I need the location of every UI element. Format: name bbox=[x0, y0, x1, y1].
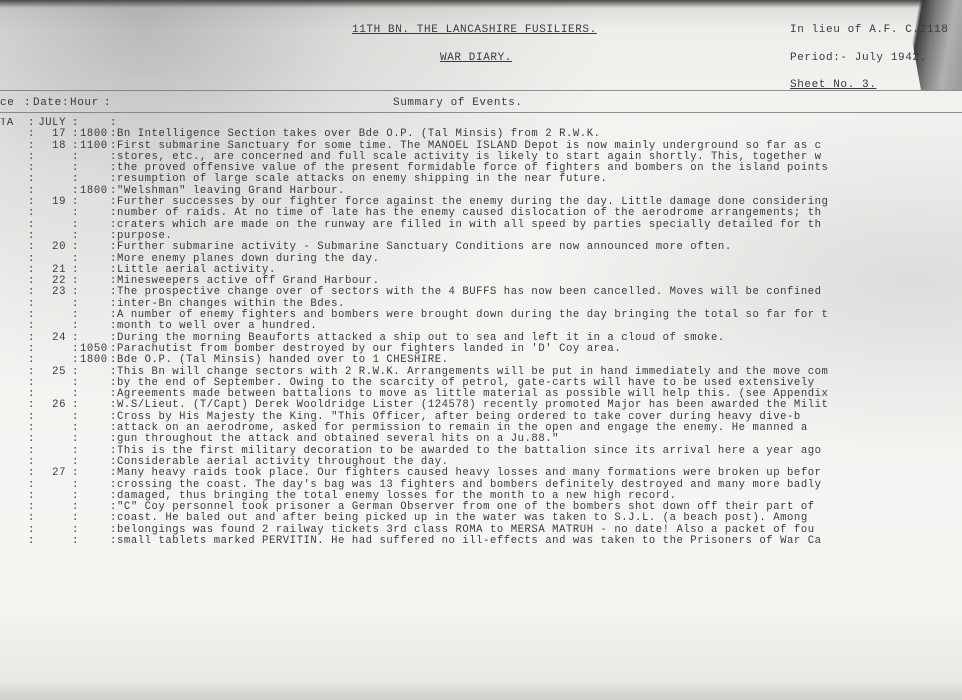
date-cell: 27 bbox=[36, 468, 66, 479]
column-header-summary: Summary of Events. bbox=[393, 97, 523, 109]
column-separator: : bbox=[110, 242, 117, 253]
header-rule-top bbox=[0, 90, 962, 91]
column-separator: : bbox=[72, 208, 79, 219]
column-separator: : bbox=[28, 468, 35, 479]
column-header-date: Date bbox=[33, 97, 62, 109]
column-separator: : bbox=[110, 208, 117, 219]
diary-entries: TA:JULY:::17:1800:Bn Intelligence Sectio… bbox=[0, 118, 962, 547]
date-cell: 26 bbox=[36, 400, 66, 411]
diary-row: :20::Further submarine activity - Submar… bbox=[0, 242, 962, 253]
column-separator: : bbox=[72, 468, 79, 479]
date-cell: 24 bbox=[36, 333, 66, 344]
diary-row: ::1800:Bde O.P. (Tal Minsis) handed over… bbox=[0, 355, 962, 366]
column-separator: : bbox=[28, 434, 35, 445]
column-separator: : bbox=[28, 321, 35, 332]
summary-text: small tablets marked PERVITIN. He had su… bbox=[117, 536, 822, 547]
diary-row: :::number of raids. At no time of late h… bbox=[0, 208, 962, 219]
summary-text: gun throughout the attack and obtained s… bbox=[117, 434, 559, 445]
hour-cell: 1800 bbox=[80, 355, 110, 366]
document-title: WAR DIARY. bbox=[440, 52, 512, 64]
summary-text: craters which are made on the runway are… bbox=[117, 220, 822, 231]
date-cell: 23 bbox=[36, 287, 66, 298]
column-separator: : bbox=[28, 536, 35, 547]
column-separator: : bbox=[28, 242, 35, 253]
summary-text: coast. He baled out and after being pick… bbox=[117, 513, 808, 524]
column-separator: : bbox=[72, 434, 79, 445]
place-cell: TA bbox=[0, 118, 28, 129]
diary-row: :::gun throughout the attack and obtaine… bbox=[0, 434, 962, 445]
column-separator: : bbox=[28, 355, 35, 366]
date-cell: 17 bbox=[36, 129, 66, 140]
column-separator: : bbox=[72, 129, 79, 140]
column-separator: : bbox=[110, 513, 117, 524]
column-separator: : bbox=[72, 536, 79, 547]
summary-text: month to well over a hundred. bbox=[117, 321, 317, 332]
column-header-sep: : bbox=[104, 97, 111, 109]
date-cell: 20 bbox=[36, 242, 66, 253]
diary-row: :::month to well over a hundred. bbox=[0, 321, 962, 332]
column-separator: : bbox=[110, 468, 117, 479]
summary-text: number of raids. At no time of late has … bbox=[117, 208, 822, 219]
scan-top-edge bbox=[0, 0, 962, 8]
summary-text: Further submarine activity - Submarine S… bbox=[117, 242, 732, 253]
column-separator: : bbox=[110, 434, 117, 445]
date-cell: 25 bbox=[36, 367, 66, 378]
column-separator: : bbox=[28, 208, 35, 219]
hour-cell: 1800 bbox=[80, 186, 110, 197]
period-label: Period:- July 1942. bbox=[790, 52, 927, 64]
diary-row: :::coast. He baled out and after being p… bbox=[0, 513, 962, 524]
date-cell: 18 bbox=[36, 141, 66, 152]
column-header-place: ce bbox=[0, 97, 14, 109]
page-fold-shadow bbox=[905, 0, 962, 90]
summary-text: Bde O.P. (Tal Minsis) handed over to 1 C… bbox=[117, 355, 449, 366]
header-rule-bottom bbox=[0, 112, 962, 113]
summary-text: Many heavy raids took place. Our fighter… bbox=[117, 468, 822, 479]
column-header-hour: Hour bbox=[70, 97, 99, 109]
column-separator: : bbox=[72, 321, 79, 332]
diary-row: :17:1800:Bn Intelligence Section takes o… bbox=[0, 129, 962, 140]
form-reference: In lieu of A.F. C.2118 bbox=[790, 24, 948, 36]
column-separator: : bbox=[110, 355, 117, 366]
summary-text: Bn Intelligence Section takes over Bde O… bbox=[117, 129, 601, 140]
date-cell: 19 bbox=[36, 197, 66, 208]
column-separator: : bbox=[72, 355, 79, 366]
column-separator: : bbox=[110, 129, 117, 140]
diary-row: :27::Many heavy raids took place. Our fi… bbox=[0, 468, 962, 479]
unit-title: 11TH BN. THE LANCASHIRE FUSILIERS. bbox=[352, 24, 597, 36]
scanned-page: 11TH BN. THE LANCASHIRE FUSILIERS. WAR D… bbox=[0, 0, 962, 700]
column-header-sep: : bbox=[62, 97, 69, 109]
column-separator: : bbox=[110, 321, 117, 332]
column-separator: : bbox=[28, 129, 35, 140]
column-separator: : bbox=[72, 242, 79, 253]
diary-row: :::small tablets marked PERVITIN. He had… bbox=[0, 536, 962, 547]
column-separator: : bbox=[72, 513, 79, 524]
column-header-sep: : bbox=[24, 97, 31, 109]
column-separator: : bbox=[110, 536, 117, 547]
hour-cell: 1100 bbox=[80, 141, 110, 152]
hour-cell: 1800 bbox=[80, 129, 110, 140]
column-separator: : bbox=[28, 513, 35, 524]
